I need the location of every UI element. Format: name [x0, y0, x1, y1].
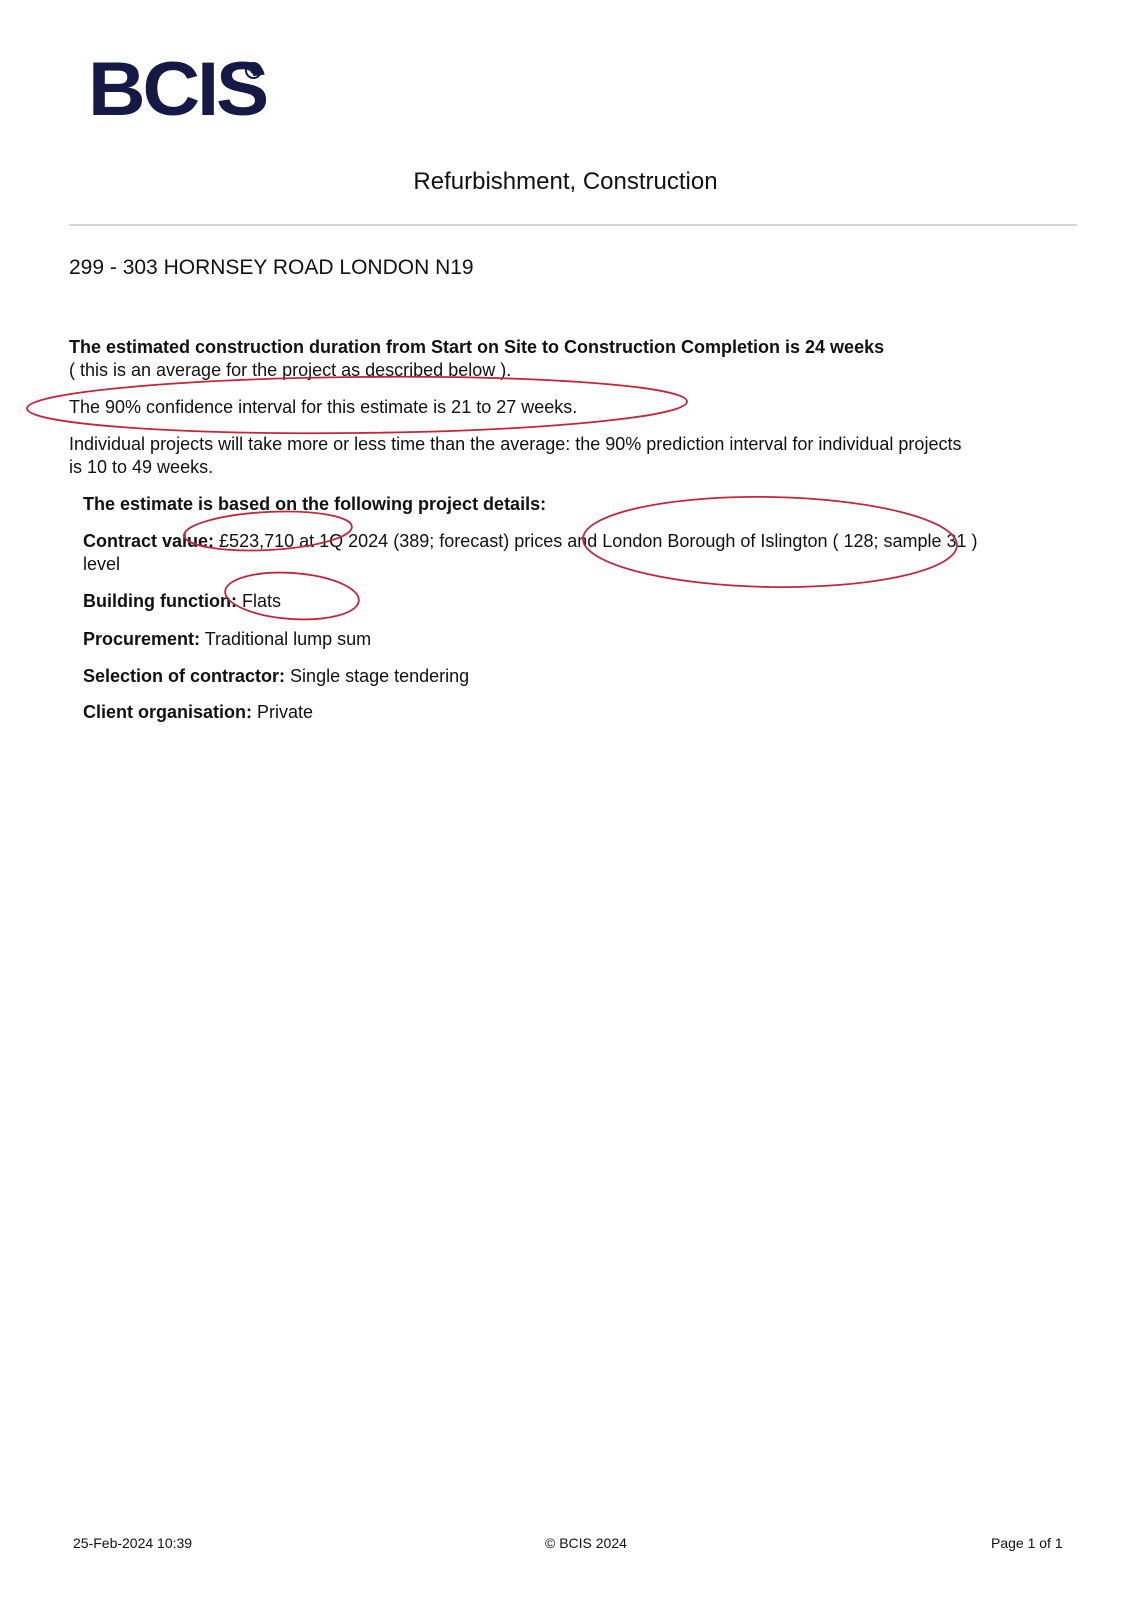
confidence-interval: The 90% confidence interval for this est… [69, 396, 577, 419]
detail-value: Private [257, 702, 313, 722]
detail-value: Single stage tendering [290, 666, 469, 686]
prediction-interval-line1: Individual projects will take more or le… [69, 433, 961, 456]
detail-client-organisation: Client organisation: Private [83, 701, 313, 724]
detail-label: Building function: [83, 591, 237, 611]
detail-value: Flats [242, 591, 281, 611]
bcis-logo: BCIS [88, 52, 266, 128]
detail-value: £523,710 at 1Q 2024 (389; forecast) pric… [219, 531, 978, 551]
footer-page-number: Page 1 of 1 [991, 1534, 1063, 1552]
prediction-interval-line2: is 10 to 49 weeks. [69, 456, 213, 479]
detail-label: Contract value: [83, 531, 214, 551]
report-title: Refurbishment, Construction [0, 168, 1131, 196]
hand-drawn-annotations [0, 0, 1131, 1600]
detail-label: Procurement: [83, 629, 200, 649]
estimate-note: ( this is an average for the project as … [69, 359, 511, 382]
detail-contract-value: Contract value: £523,710 at 1Q 2024 (389… [83, 530, 978, 553]
footer-datetime: 25-Feb-2024 10:39 [73, 1534, 192, 1552]
footer-copyright: © BCIS 2024 [545, 1534, 627, 1552]
detail-label: Client organisation: [83, 702, 252, 722]
details-heading: The estimate is based on the following p… [83, 493, 546, 516]
project-address: 299 - 303 HORNSEY ROAD LONDON N19 [69, 256, 474, 280]
detail-value: Traditional lump sum [205, 629, 371, 649]
registered-mark-icon: R [245, 62, 262, 79]
estimate-headline: The estimated construction duration from… [69, 336, 884, 359]
detail-procurement: Procurement: Traditional lump sum [83, 628, 371, 651]
detail-label: Selection of contractor: [83, 666, 285, 686]
header-divider [69, 224, 1077, 226]
detail-building-function: Building function: Flats [83, 590, 281, 613]
detail-contractor-selection: Selection of contractor: Single stage te… [83, 665, 469, 688]
detail-contract-value-cont: level [83, 553, 120, 576]
